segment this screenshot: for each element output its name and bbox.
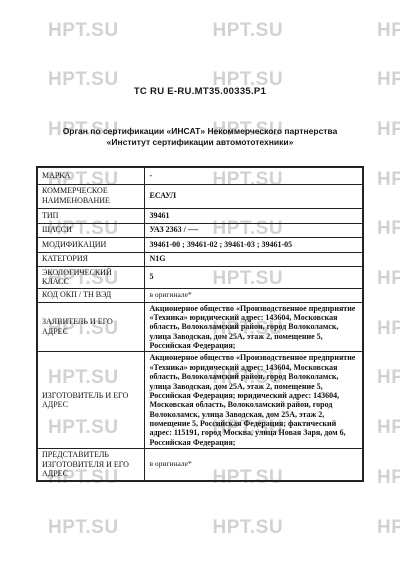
row-value: в оригинале* [144, 449, 363, 481]
row-label: ЗАЯВИТЕЛЬ И ЕГО АДРЕС [37, 302, 144, 352]
row-value: 5 [144, 266, 363, 288]
row-value: 39461-00 ; 39461-02 ; 39461-03 ; 39461-0… [144, 237, 363, 252]
certificate-page: { "watermark": { "text": "HPT.SU", "colo… [0, 0, 400, 565]
table-row-commercial-name: КОММЕРЧЕСКОЕ НАИМЕНОВАНИЕ ЕСАУЛ [37, 184, 363, 208]
row-label: КОММЕРЧЕСКОЕ НАИМЕНОВАНИЕ [37, 184, 144, 208]
row-value: Акционерное общество «Производственное п… [144, 352, 363, 449]
table-row-marka: МАРКА - [37, 167, 363, 184]
table-row-okp-code: КОД ОКП / ТН ВЭД в оригинале* [37, 288, 363, 302]
table-row-applicant: ЗАЯВИТЕЛЬ И ЕГО АДРЕС Акционерное общест… [37, 302, 363, 352]
row-value: УАЗ 2363 / —- [144, 223, 363, 237]
row-label: ЭКОЛОГИЧЕСКИЙ КЛАСС [37, 266, 144, 288]
row-value: N1G [144, 252, 363, 266]
row-label: КАТЕГОРИЯ [37, 252, 144, 266]
table-row-category: КАТЕГОРИЯ N1G [37, 252, 363, 266]
table-row-eco-class: ЭКОЛОГИЧЕСКИЙ КЛАСС 5 [37, 266, 363, 288]
document-content: TC RU E-RU.MT35.00335.P1 Орган по сертиф… [0, 0, 400, 565]
row-label: ШАССИ [37, 223, 144, 237]
table-row-chassis: ШАССИ УАЗ 2363 / —- [37, 223, 363, 237]
vehicle-approval-table: МАРКА - КОММЕРЧЕСКОЕ НАИМЕНОВАНИЕ ЕСАУЛ … [36, 166, 364, 482]
table-row-type: ТИП 39461 [37, 208, 363, 223]
doc-number: TC RU E-RU.MT35.00335.P1 [0, 86, 400, 97]
row-value: в оригинале* [144, 288, 363, 302]
row-label: ПРЕДСТАВИТЕЛЬ ИЗГОТОВИТЕЛЯ И ЕГО АДРЕС [37, 449, 144, 481]
row-value: - [144, 167, 363, 184]
row-label: КОД ОКП / ТН ВЭД [37, 288, 144, 302]
certification-body-text: Орган по сертификации «ИНСАТ» Некоммерче… [44, 126, 356, 148]
table-row-manufacturer: ИЗГОТОВИТЕЛЬ И ЕГО АДРЕС Акционерное общ… [37, 352, 363, 449]
row-label: ИЗГОТОВИТЕЛЬ И ЕГО АДРЕС [37, 352, 144, 449]
row-label: МОДИФИКАЦИИ [37, 237, 144, 252]
table-row-representative: ПРЕДСТАВИТЕЛЬ ИЗГОТОВИТЕЛЯ И ЕГО АДРЕС в… [37, 449, 363, 481]
row-label: ТИП [37, 208, 144, 223]
row-value: ЕСАУЛ [144, 184, 363, 208]
row-value: Акционерное общество «Производственное п… [144, 302, 363, 352]
row-label: МАРКА [37, 167, 144, 184]
table-row-modifications: МОДИФИКАЦИИ 39461-00 ; 39461-02 ; 39461-… [37, 237, 363, 252]
row-value: 39461 [144, 208, 363, 223]
